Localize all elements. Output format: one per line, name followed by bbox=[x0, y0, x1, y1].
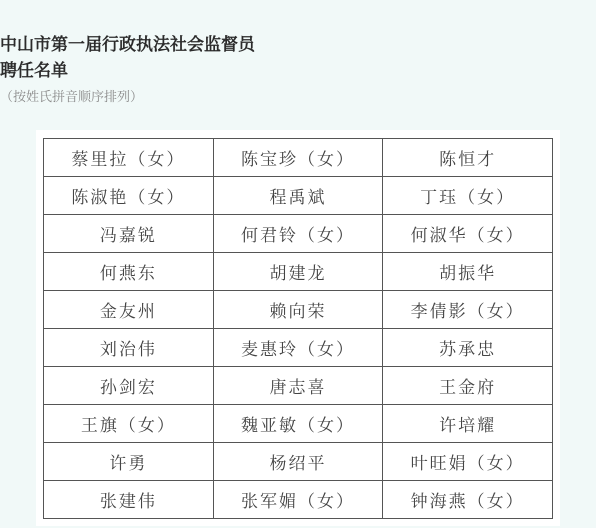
name-cell: 钟海燕（女） bbox=[383, 481, 553, 519]
name-cell: 唐志喜 bbox=[213, 367, 383, 405]
name-cell: 丁珏（女） bbox=[383, 177, 553, 215]
name-cell: 金友州 bbox=[44, 291, 214, 329]
table-row: 金友州赖向荣李倩影（女） bbox=[44, 291, 553, 329]
table-row: 许勇杨绍平叶旺娟（女） bbox=[44, 443, 553, 481]
document-title: 中山市第一届行政执法社会监督员 bbox=[0, 30, 596, 55]
name-cell: 陈恒才 bbox=[383, 139, 553, 177]
table-row: 张建伟张军媚（女）钟海燕（女） bbox=[44, 481, 553, 519]
name-cell: 何淑华（女） bbox=[383, 215, 553, 253]
name-cell: 何君铃（女） bbox=[213, 215, 383, 253]
name-cell: 胡振华 bbox=[383, 253, 553, 291]
table-row: 王旗（女）魏亚敏（女）许培耀 bbox=[44, 405, 553, 443]
name-cell: 张建伟 bbox=[44, 481, 214, 519]
name-cell: 许勇 bbox=[44, 443, 214, 481]
table-row: 冯嘉锐何君铃（女）何淑华（女） bbox=[44, 215, 553, 253]
document-subtitle: 聘任名单 bbox=[0, 56, 596, 81]
name-cell: 赖向荣 bbox=[213, 291, 383, 329]
appointee-name-table: 蔡里拉（女）陈宝珍（女）陈恒才陈淑艳（女）程禹斌丁珏（女）冯嘉锐何君铃（女）何淑… bbox=[43, 138, 553, 519]
name-cell: 刘治伟 bbox=[44, 329, 214, 367]
name-cell: 许培耀 bbox=[383, 405, 553, 443]
name-cell: 陈淑艳（女） bbox=[44, 177, 214, 215]
name-cell: 胡建龙 bbox=[213, 253, 383, 291]
name-cell: 叶旺娟（女） bbox=[383, 443, 553, 481]
table-row: 蔡里拉（女）陈宝珍（女）陈恒才 bbox=[44, 139, 553, 177]
name-cell: 魏亚敏（女） bbox=[213, 405, 383, 443]
name-cell: 程禹斌 bbox=[213, 177, 383, 215]
name-cell: 蔡里拉（女） bbox=[44, 139, 214, 177]
name-cell: 陈宝珍（女） bbox=[213, 139, 383, 177]
name-cell: 麦惠玲（女） bbox=[213, 329, 383, 367]
name-cell: 张军媚（女） bbox=[213, 481, 383, 519]
table-row: 何燕东胡建龙胡振华 bbox=[44, 253, 553, 291]
table-row: 孙剑宏唐志喜王金府 bbox=[44, 367, 553, 405]
sort-order-note: （按姓氏拼音顺序排列） bbox=[0, 86, 596, 105]
name-cell: 冯嘉锐 bbox=[44, 215, 214, 253]
name-cell: 王旗（女） bbox=[44, 405, 214, 443]
name-cell: 苏承忠 bbox=[383, 329, 553, 367]
name-cell: 李倩影（女） bbox=[383, 291, 553, 329]
name-cell: 何燕东 bbox=[44, 253, 214, 291]
name-cell: 王金府 bbox=[383, 367, 553, 405]
name-cell: 孙剑宏 bbox=[44, 367, 214, 405]
table-row: 陈淑艳（女）程禹斌丁珏（女） bbox=[44, 177, 553, 215]
table-row: 刘治伟麦惠玲（女）苏承忠 bbox=[44, 329, 553, 367]
name-cell: 杨绍平 bbox=[213, 443, 383, 481]
